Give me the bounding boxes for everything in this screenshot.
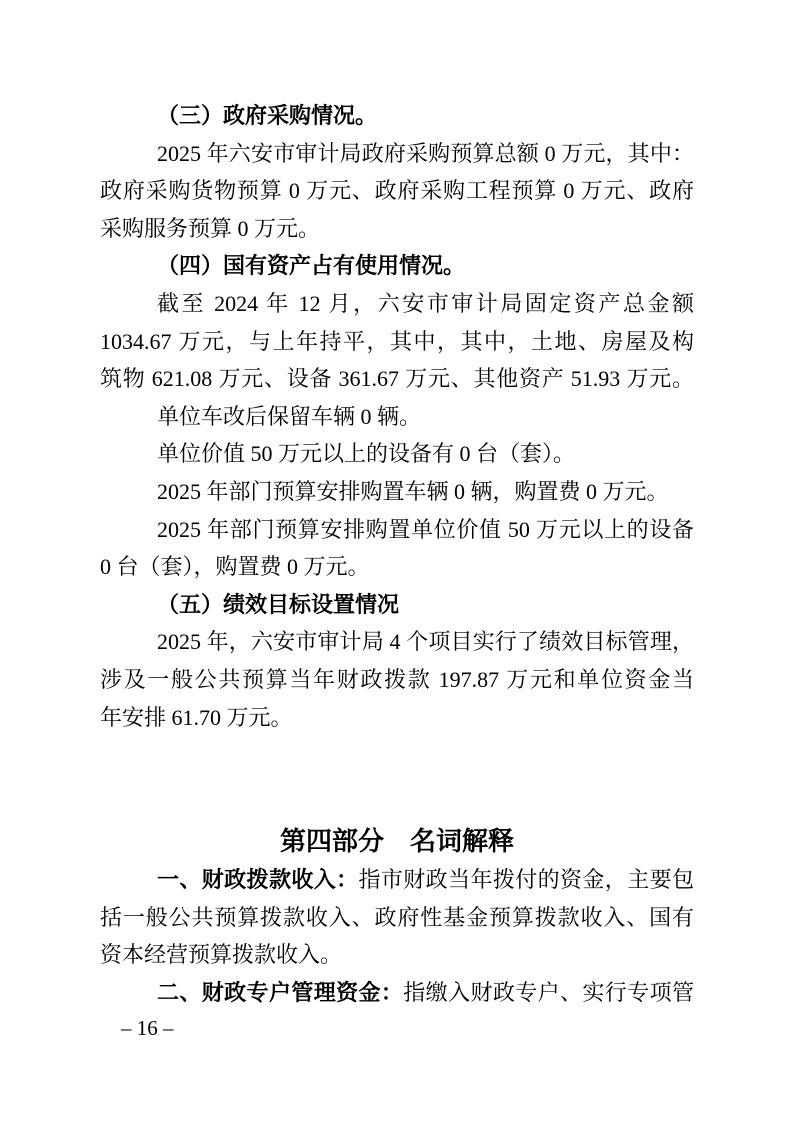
- paragraph-line: 涉及一般公共预算当年财政拨款 197.87 万元和单位资金当: [100, 661, 694, 699]
- paragraph-line: 年安排 61.70 万元。: [100, 699, 694, 737]
- paragraph-line: 筑物 621.08 万元、设备 361.67 万元、其他资产 51.93 万元。: [100, 360, 694, 398]
- paragraph-line: 1034.67 万元，与上年持平，其中，其中，土地、房屋及构: [100, 323, 694, 361]
- part-four-heading: 第四部分 名词解释: [100, 821, 694, 861]
- term-lead-fiscal-special-account: 二、财政专户管理资金：: [157, 980, 403, 1005]
- heading-state-assets: （四）国有资产占有使用情况。: [100, 247, 694, 285]
- vehicle-purchase-line: 2025 年部门预算安排购置车辆 0 辆，购置费 0 万元。: [100, 473, 694, 511]
- heading-performance-targets: （五）绩效目标设置情况: [100, 586, 694, 624]
- paragraph-line: 截至 2024 年 12 月，六安市审计局固定资产总金额: [100, 285, 694, 323]
- page-number: – 16 –: [121, 1016, 174, 1040]
- paragraph-line: 2025 年部门预算安排购置单位价值 50 万元以上的设备: [100, 511, 694, 549]
- term-definition-text: 指市财政当年拨付的资金，主要包: [359, 867, 694, 892]
- term-definition-line: 一、财政拨款收入：指市财政当年拨付的资金，主要包: [100, 861, 694, 899]
- term-definition-line: 二、财政专户管理资金：指缴入财政专户、实行专项管: [100, 974, 694, 1012]
- heading-procurement: （三）政府采购情况。: [100, 97, 694, 135]
- paragraph-line: 2025 年，六安市审计局 4 个项目实行了绩效目标管理，: [100, 623, 694, 661]
- paragraph-line: 政府采购货物预算 0 万元、政府采购工程预算 0 万元、政府: [100, 172, 694, 210]
- paragraph-line: 括一般公共预算拨款收入、政府性基金预算拨款收入、国有: [100, 899, 694, 937]
- term-lead-fiscal-appropriation: 一、财政拨款收入：: [157, 867, 359, 892]
- vehicle-retained-line: 单位车改后保留车辆 0 辆。: [100, 398, 694, 436]
- document-page: （三）政府采购情况。 2025 年六安市审计局政府采购预算总额 0 万元，其中：…: [0, 0, 793, 1122]
- paragraph-line: 采购服务预算 0 万元。: [100, 210, 694, 248]
- high-value-equipment-line: 单位价值 50 万元以上的设备有 0 台（套）。: [100, 435, 694, 473]
- term-definition-text: 指缴入财政专户、实行专项管: [403, 980, 694, 1005]
- paragraph-line: 资本经营预算拨款收入。: [100, 936, 694, 974]
- paragraph-line: 0 台（套），购置费 0 万元。: [100, 548, 694, 586]
- paragraph-line: 2025 年六安市审计局政府采购预算总额 0 万元，其中：: [100, 135, 694, 173]
- page-content: （三）政府采购情况。 2025 年六安市审计局政府采购预算总额 0 万元，其中：…: [100, 97, 694, 1011]
